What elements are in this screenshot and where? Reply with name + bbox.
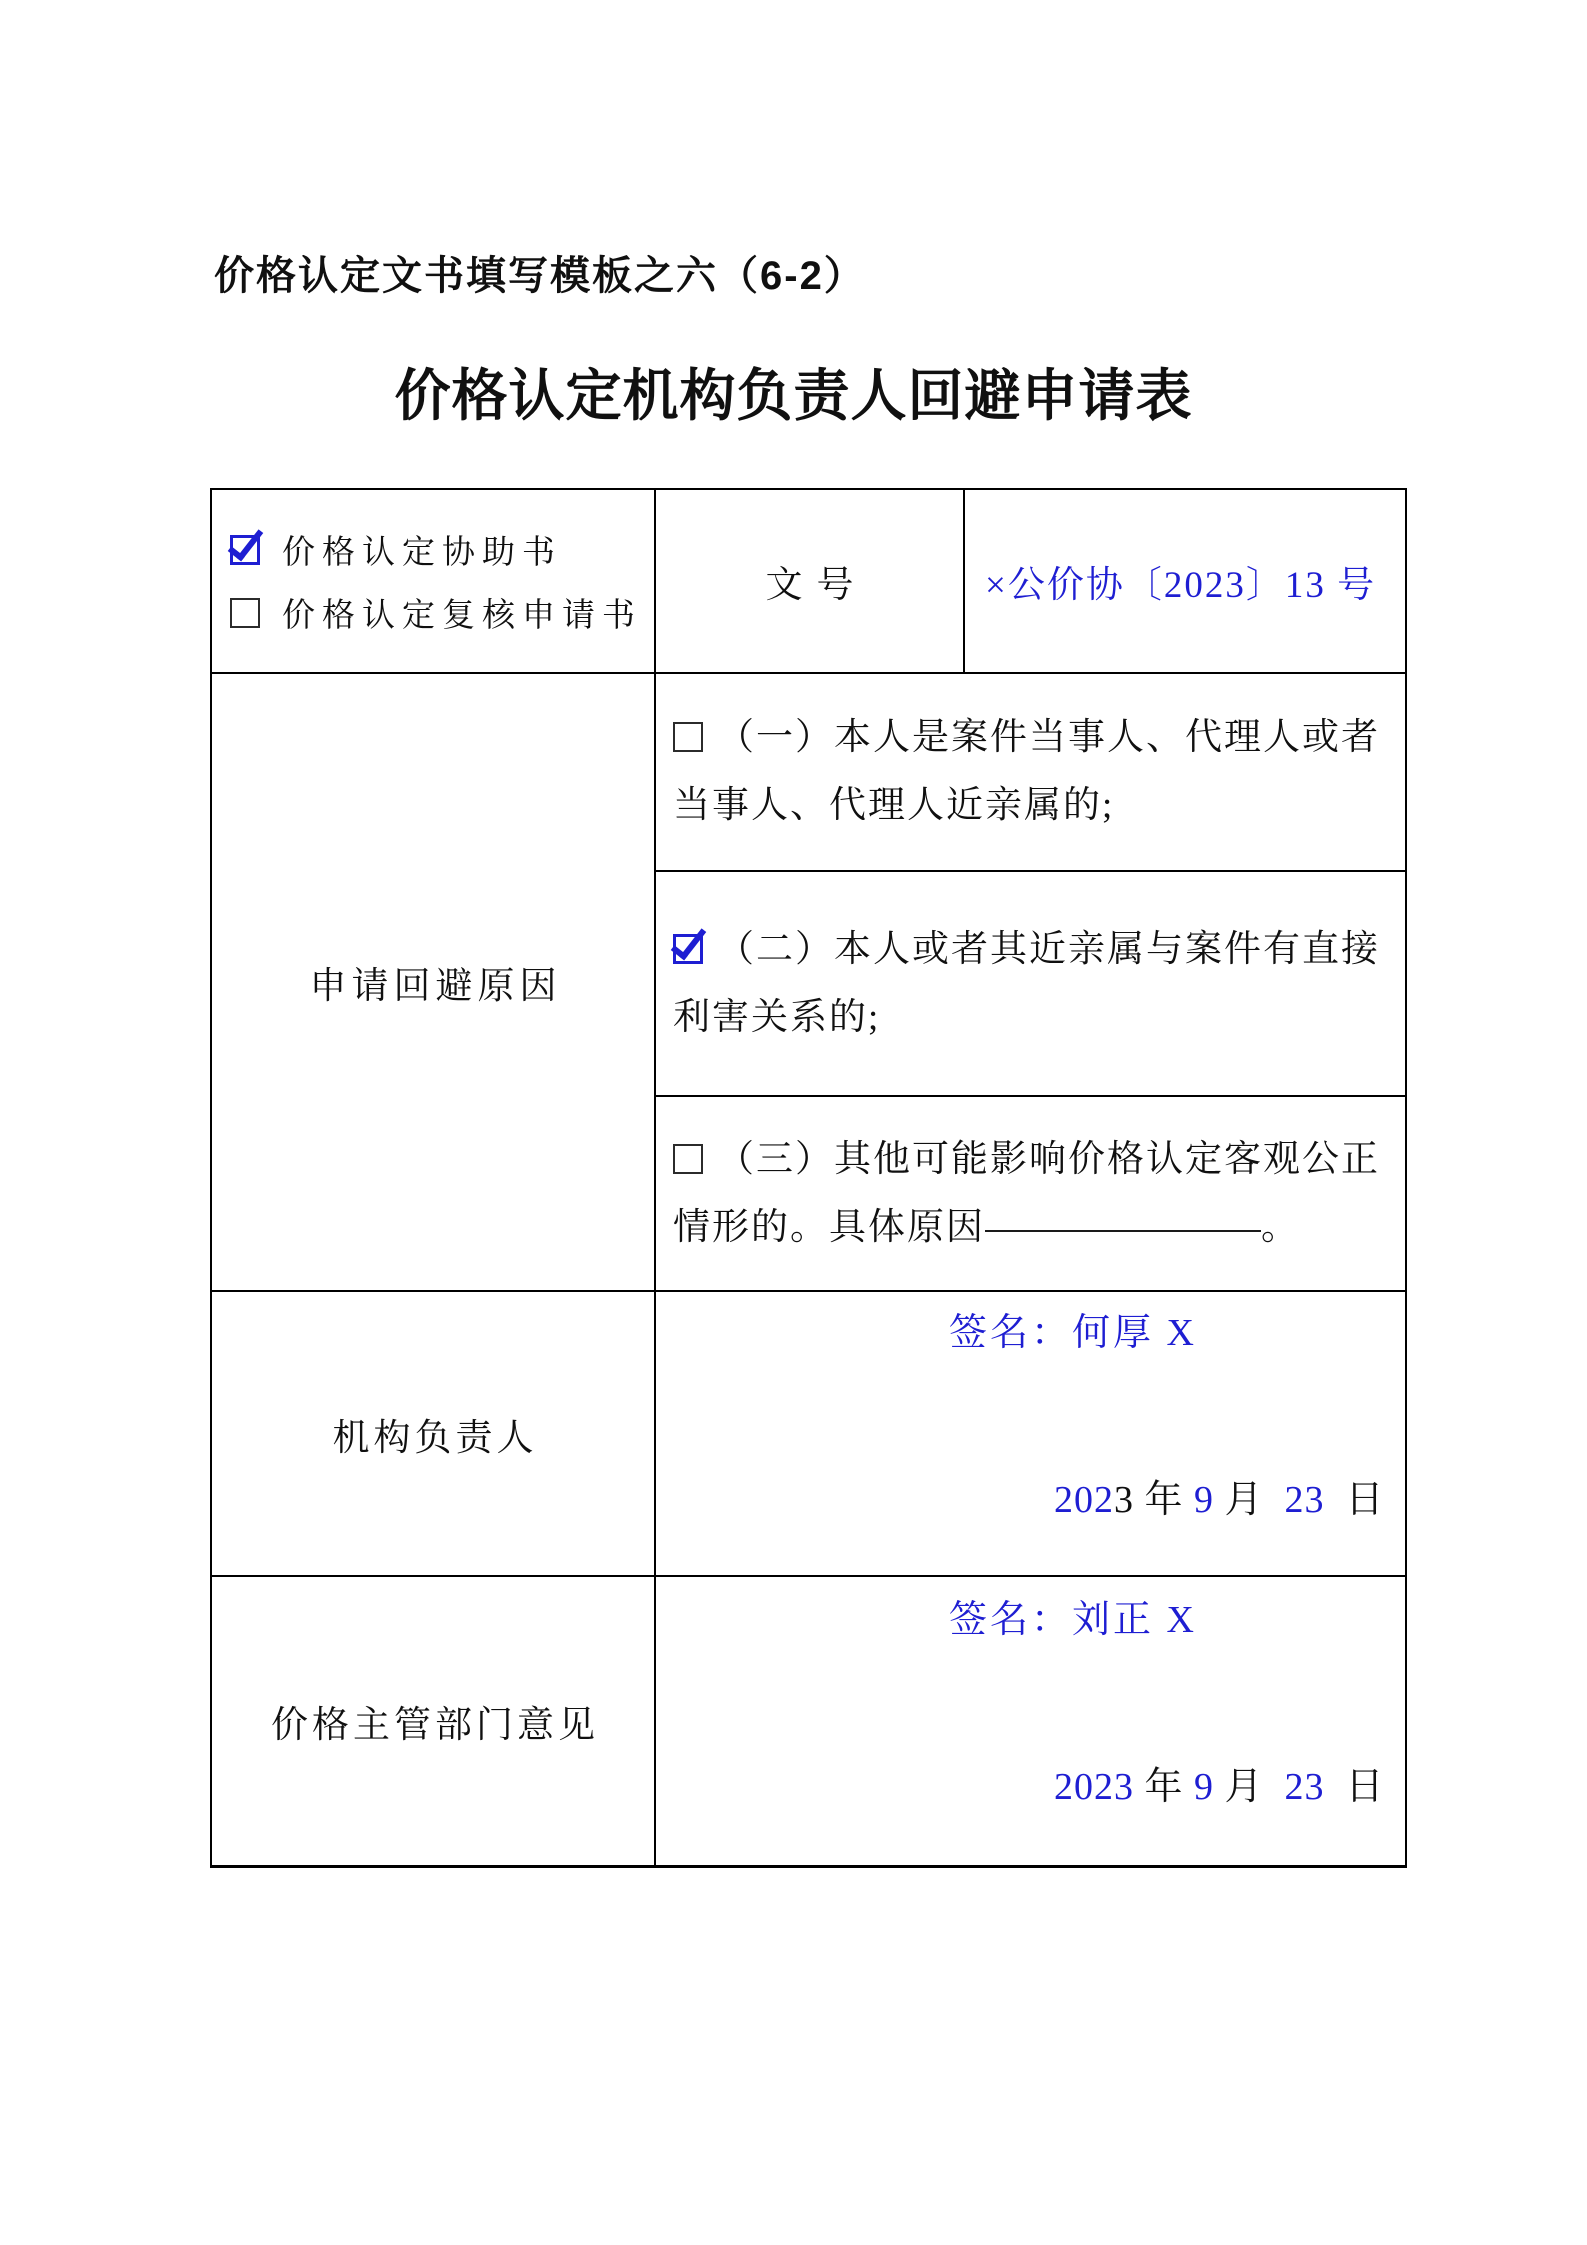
reason-text-1: （一）本人是案件当事人、代理人或者当事人、代理人近亲属的; [673, 717, 1380, 826]
reason-row-2: （二）本人或者其近亲属与案件有直接利害关系的; [656, 872, 1405, 1097]
date-part: 9 [1194, 1479, 1214, 1521]
doc-type-checkbox-assist[interactable] [230, 535, 260, 565]
signature-label: 签名： [949, 1599, 1072, 1641]
doc-type-option-assist: 价格认定协助书 [230, 526, 562, 573]
reason-section-label: 申请回避原因 [305, 955, 562, 1009]
recusal-form-table: 价格认定协助书 价格认定复核申请书 文号 ×公价协〔2023〕13 号 申请回避… [210, 488, 1407, 1868]
date-part: 2023 [1054, 1766, 1134, 1808]
institution-head-date: 2023 年 9 月 23 日 [949, 1424, 1385, 1567]
form-title: 价格认定机构负责人回避申请表 [0, 352, 1587, 432]
reason-checkbox-1[interactable] [673, 722, 703, 752]
doc-type-label-assist: 价格认定协助书 [282, 526, 562, 573]
signature-label: 签名： [949, 1312, 1072, 1354]
template-heading: 价格认定文书填写模板之六（6-2） [214, 244, 866, 301]
signature-name: 何厚 X [1072, 1312, 1197, 1354]
doc-no-value: ×公价协〔2023〕13 号 [985, 554, 1376, 608]
price-authority-signature: 签名：刘正 X [949, 1588, 1385, 1643]
institution-head-signature: 签名：何厚 X [949, 1301, 1385, 1356]
reason-fill-in-blank [985, 1230, 1261, 1232]
date-part: 3 年 [1114, 1479, 1194, 1521]
reason-row-1: （一）本人是案件当事人、代理人或者当事人、代理人近亲属的; [656, 674, 1405, 872]
reason-section-label-cell: 申请回避原因 [212, 674, 656, 1292]
price-authority-date: 2023 年 9 月 23 日 [949, 1711, 1385, 1854]
doc-type-checkbox-review[interactable] [230, 598, 260, 628]
date-part: 23 [1274, 1479, 1325, 1521]
institution-head-label-cell: 机构负责人 [212, 1292, 656, 1577]
signature-name: 刘正 X [1072, 1599, 1197, 1641]
reason-text-2: （二）本人或者其近亲属与案件有直接利害关系的; [673, 929, 1380, 1038]
price-authority-sign-cell: 签名：刘正 X 2023 年 9 月 23 日 [656, 1577, 1405, 1865]
date-part: 23 [1274, 1766, 1325, 1808]
price-authority-label: 价格主管部门意见 [267, 1694, 599, 1748]
price-authority-label-cell: 价格主管部门意见 [212, 1577, 656, 1865]
doc-type-cell: 价格认定协助书 价格认定复核申请书 [212, 490, 656, 674]
reason-checkbox-2[interactable] [673, 934, 703, 964]
reason-checkbox-3[interactable] [673, 1144, 703, 1174]
doc-no-label: 文号 [752, 554, 868, 608]
institution-head-sign-cell: 签名：何厚 X 2023 年 9 月 23 日 [656, 1292, 1405, 1577]
date-part: 日 [1325, 1479, 1385, 1521]
date-part: 月 [1214, 1766, 1274, 1808]
reason-row-3: （三）其他可能影响价格认定客观公正情形的。具体原因。 [656, 1097, 1405, 1292]
date-part: 年 [1134, 1766, 1194, 1808]
document-page: 价格认定文书填写模板之六（6-2） 价格认定机构负责人回避申请表 价格认定协助书… [0, 0, 1587, 2245]
date-part: 日 [1325, 1766, 1385, 1808]
doc-type-option-review: 价格认定复核申请书 [230, 589, 642, 636]
date-part: 202 [1054, 1479, 1114, 1521]
reason-text-3-period: 。 [1261, 1207, 1300, 1248]
doc-no-label-cell: 文号 [656, 490, 965, 674]
date-part: 月 [1214, 1479, 1274, 1521]
doc-no-value-cell: ×公价协〔2023〕13 号 [965, 490, 1405, 674]
date-part: 9 [1194, 1766, 1214, 1808]
doc-type-label-review: 价格认定复核申请书 [282, 589, 642, 636]
institution-head-label: 机构负责人 [329, 1407, 538, 1461]
